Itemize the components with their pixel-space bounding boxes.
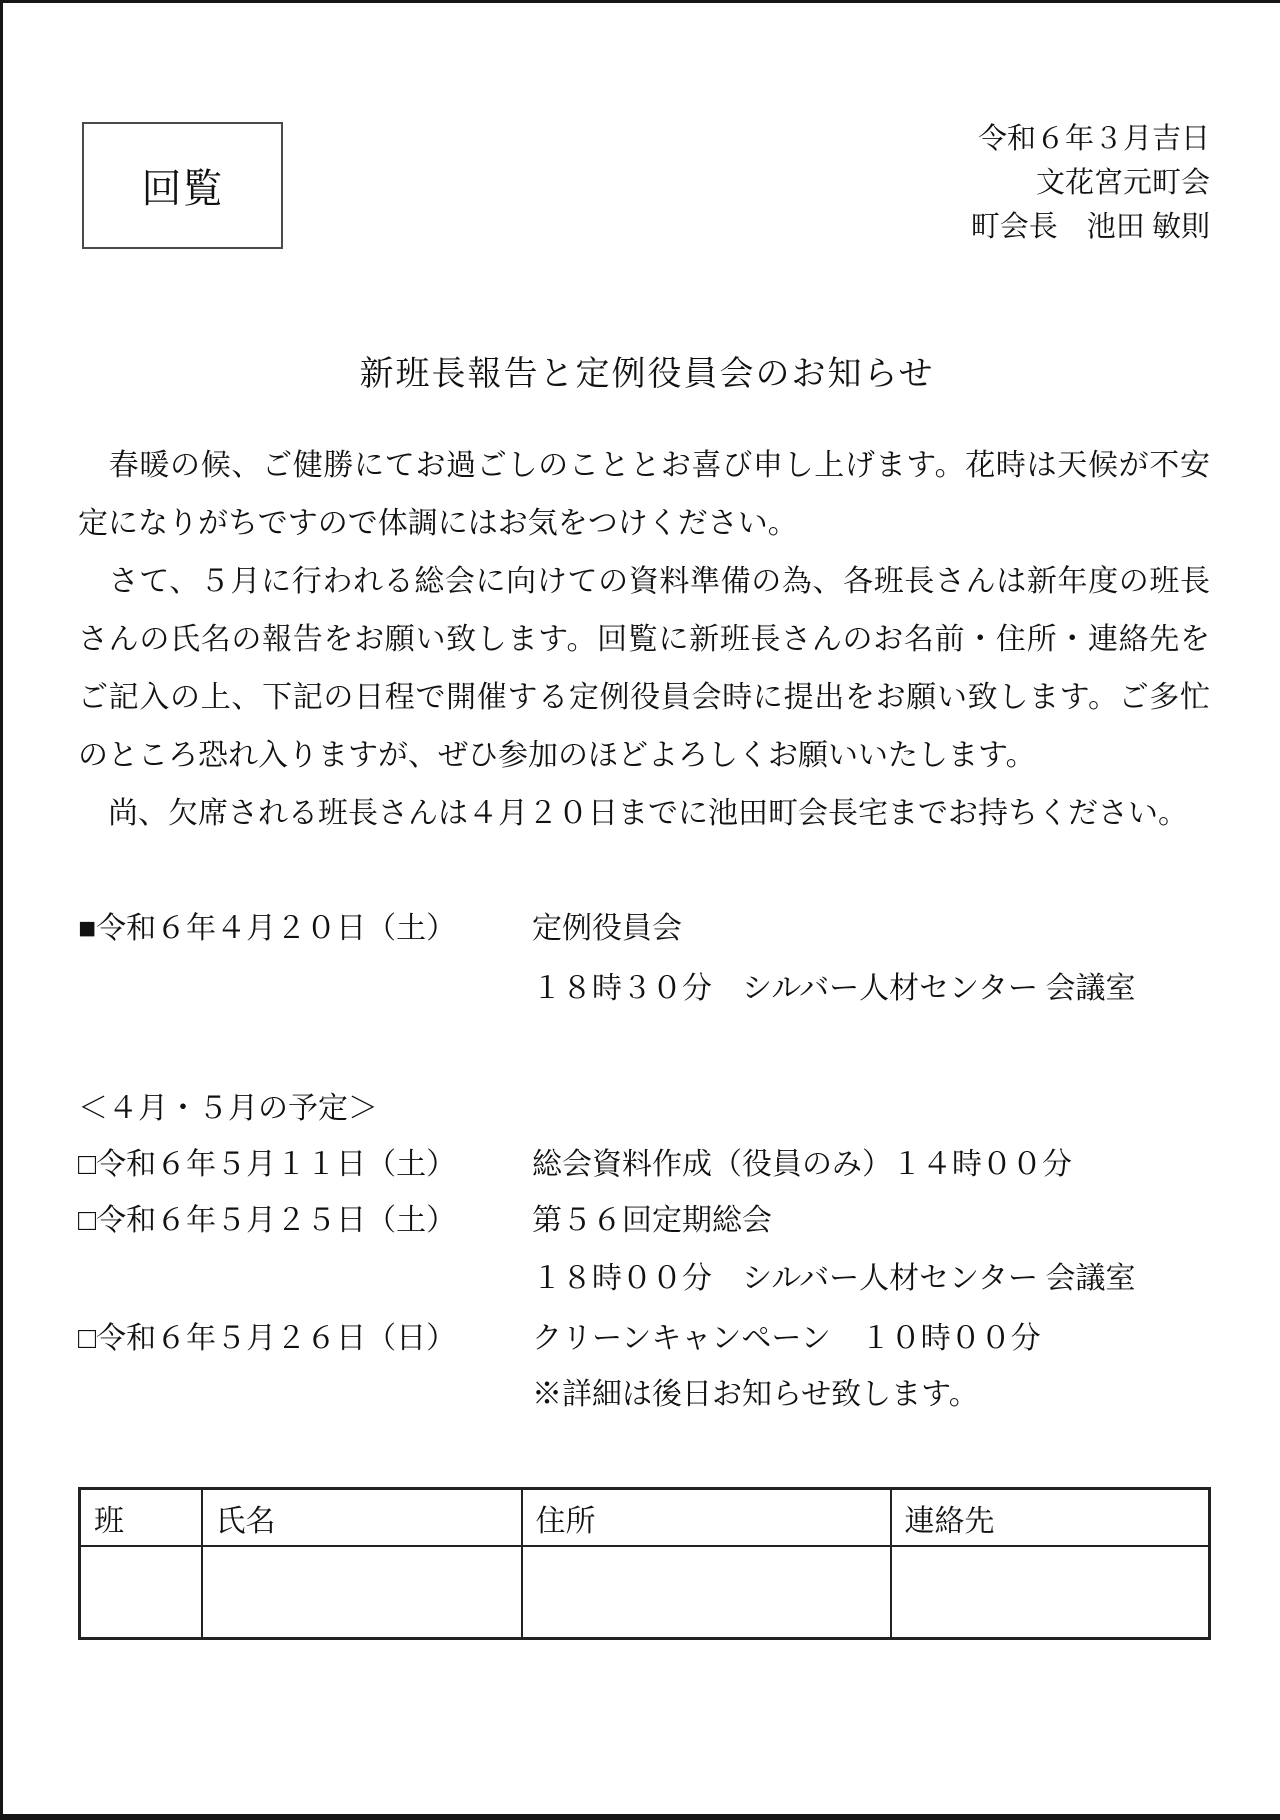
col-header-address: 住所 <box>522 1489 891 1547</box>
roster-empty-row <box>80 1546 1210 1639</box>
body-line: ご記入の上、下記の日程で開催する定例役員会時に提出をお願い致します。ご多忙 <box>78 669 1210 727</box>
schedule-item-date: □令和６年５月２６日（日） <box>78 1318 456 1360</box>
schedule-item-row: □令和６年５月２６日（日） クリーンキャンペーン １０時００分 <box>78 1318 1210 1360</box>
col-header-name: 氏名 <box>202 1489 522 1547</box>
issue-date: 令和６年３月吉日 <box>971 117 1210 161</box>
schedule-item-row: □令和６年５月２５日（土） 第５６回定期総会 <box>78 1200 1210 1242</box>
body-line: 尚、欠席される班長さんは４月２０日までに池田町会長宅までお持ちください。 <box>78 785 1210 843</box>
roster-cell-address <box>522 1546 891 1639</box>
scan-edge-top <box>0 0 1280 3</box>
chairman-name: 町会長 池田 敏則 <box>971 205 1210 249</box>
header-right-block: 令和６年３月吉日 文花宮元町会 町会長 池田 敏則 <box>971 117 1210 249</box>
main-event-detail-row: １８時３０分 シルバー人材センター 会議室 <box>78 968 1210 1010</box>
body-paragraphs: 春暖の候、ご健勝にてお過ごしのこととお喜び申し上げます。花時は天候が不安 定にな… <box>78 437 1210 843</box>
schedule-item-row: □令和６年５月１１日（土） 総会資料作成（役員のみ）１４時００分 <box>78 1144 1210 1186</box>
scan-edge-bottom <box>0 1814 1280 1820</box>
roster-cell-contact <box>891 1546 1210 1639</box>
body-line: 定になりがちですので体調にはお気をつけください。 <box>78 495 1210 553</box>
schedule-item-note-row: ※詳細は後日お知らせ致します。 <box>78 1374 1210 1416</box>
schedule-item-detail: １８時００分 シルバー人材センター 会議室 <box>532 1258 1135 1300</box>
kairan-stamp-box: 回覧 <box>82 122 283 249</box>
roster-cell-name <box>202 1546 522 1639</box>
scan-edge-left <box>0 0 3 1820</box>
schedule-item-desc: クリーンキャンペーン １０時００分 <box>532 1318 1041 1360</box>
body-line: 春暖の候、ご健勝にてお過ごしのこととお喜び申し上げます。花時は天候が不安 <box>78 437 1210 495</box>
roster-cell-han <box>80 1546 202 1639</box>
main-event-name: 定例役員会 <box>532 908 682 950</box>
schedule-heading: ＜４月・５月の予定＞ <box>78 1092 378 1125</box>
main-event-date: ■令和６年４月２０日（土） <box>78 908 456 950</box>
document-title: 新班長報告と定例役員会のお知らせ <box>0 346 1280 395</box>
kairan-stamp-label: 回覧 <box>142 157 224 214</box>
schedule-item-date: □令和６年５月２５日（土） <box>78 1200 456 1242</box>
body-line: さて、５月に行われる総会に向けての資料準備の為、各班長さんは新年度の班長 <box>78 553 1210 611</box>
col-header-han: 班 <box>80 1489 202 1547</box>
roster-table: 班 氏名 住所 連絡先 <box>78 1487 1211 1640</box>
main-event-row: ■令和６年４月２０日（土） 定例役員会 <box>78 908 1210 950</box>
body-line: さんの氏名の報告をお願い致します。回覧に新班長さんのお名前・住所・連絡先を <box>78 611 1210 669</box>
document-page: 回覧 令和６年３月吉日 文花宮元町会 町会長 池田 敏則 新班長報告と定例役員会… <box>0 0 1280 1820</box>
main-event-detail: １８時３０分 シルバー人材センター 会議室 <box>532 968 1135 1010</box>
schedule-item-desc: 第５６回定期総会 <box>532 1200 772 1242</box>
body-line: のところ恐れ入りますが、ぜひ参加のほどよろしくお願いいたします。 <box>78 727 1210 785</box>
col-header-contact: 連絡先 <box>891 1489 1210 1547</box>
schedule-item-date: □令和６年５月１１日（土） <box>78 1144 456 1186</box>
schedule-item-note: ※詳細は後日お知らせ致します。 <box>532 1374 979 1416</box>
schedule-item-desc: 総会資料作成（役員のみ）１４時００分 <box>532 1144 1072 1186</box>
schedule-heading-row: ＜４月・５月の予定＞ <box>78 1088 1210 1130</box>
association-name: 文花宮元町会 <box>971 161 1210 205</box>
roster-header-row: 班 氏名 住所 連絡先 <box>80 1489 1210 1547</box>
schedule-item-detail-row: １８時００分 シルバー人材センター 会議室 <box>78 1258 1210 1300</box>
